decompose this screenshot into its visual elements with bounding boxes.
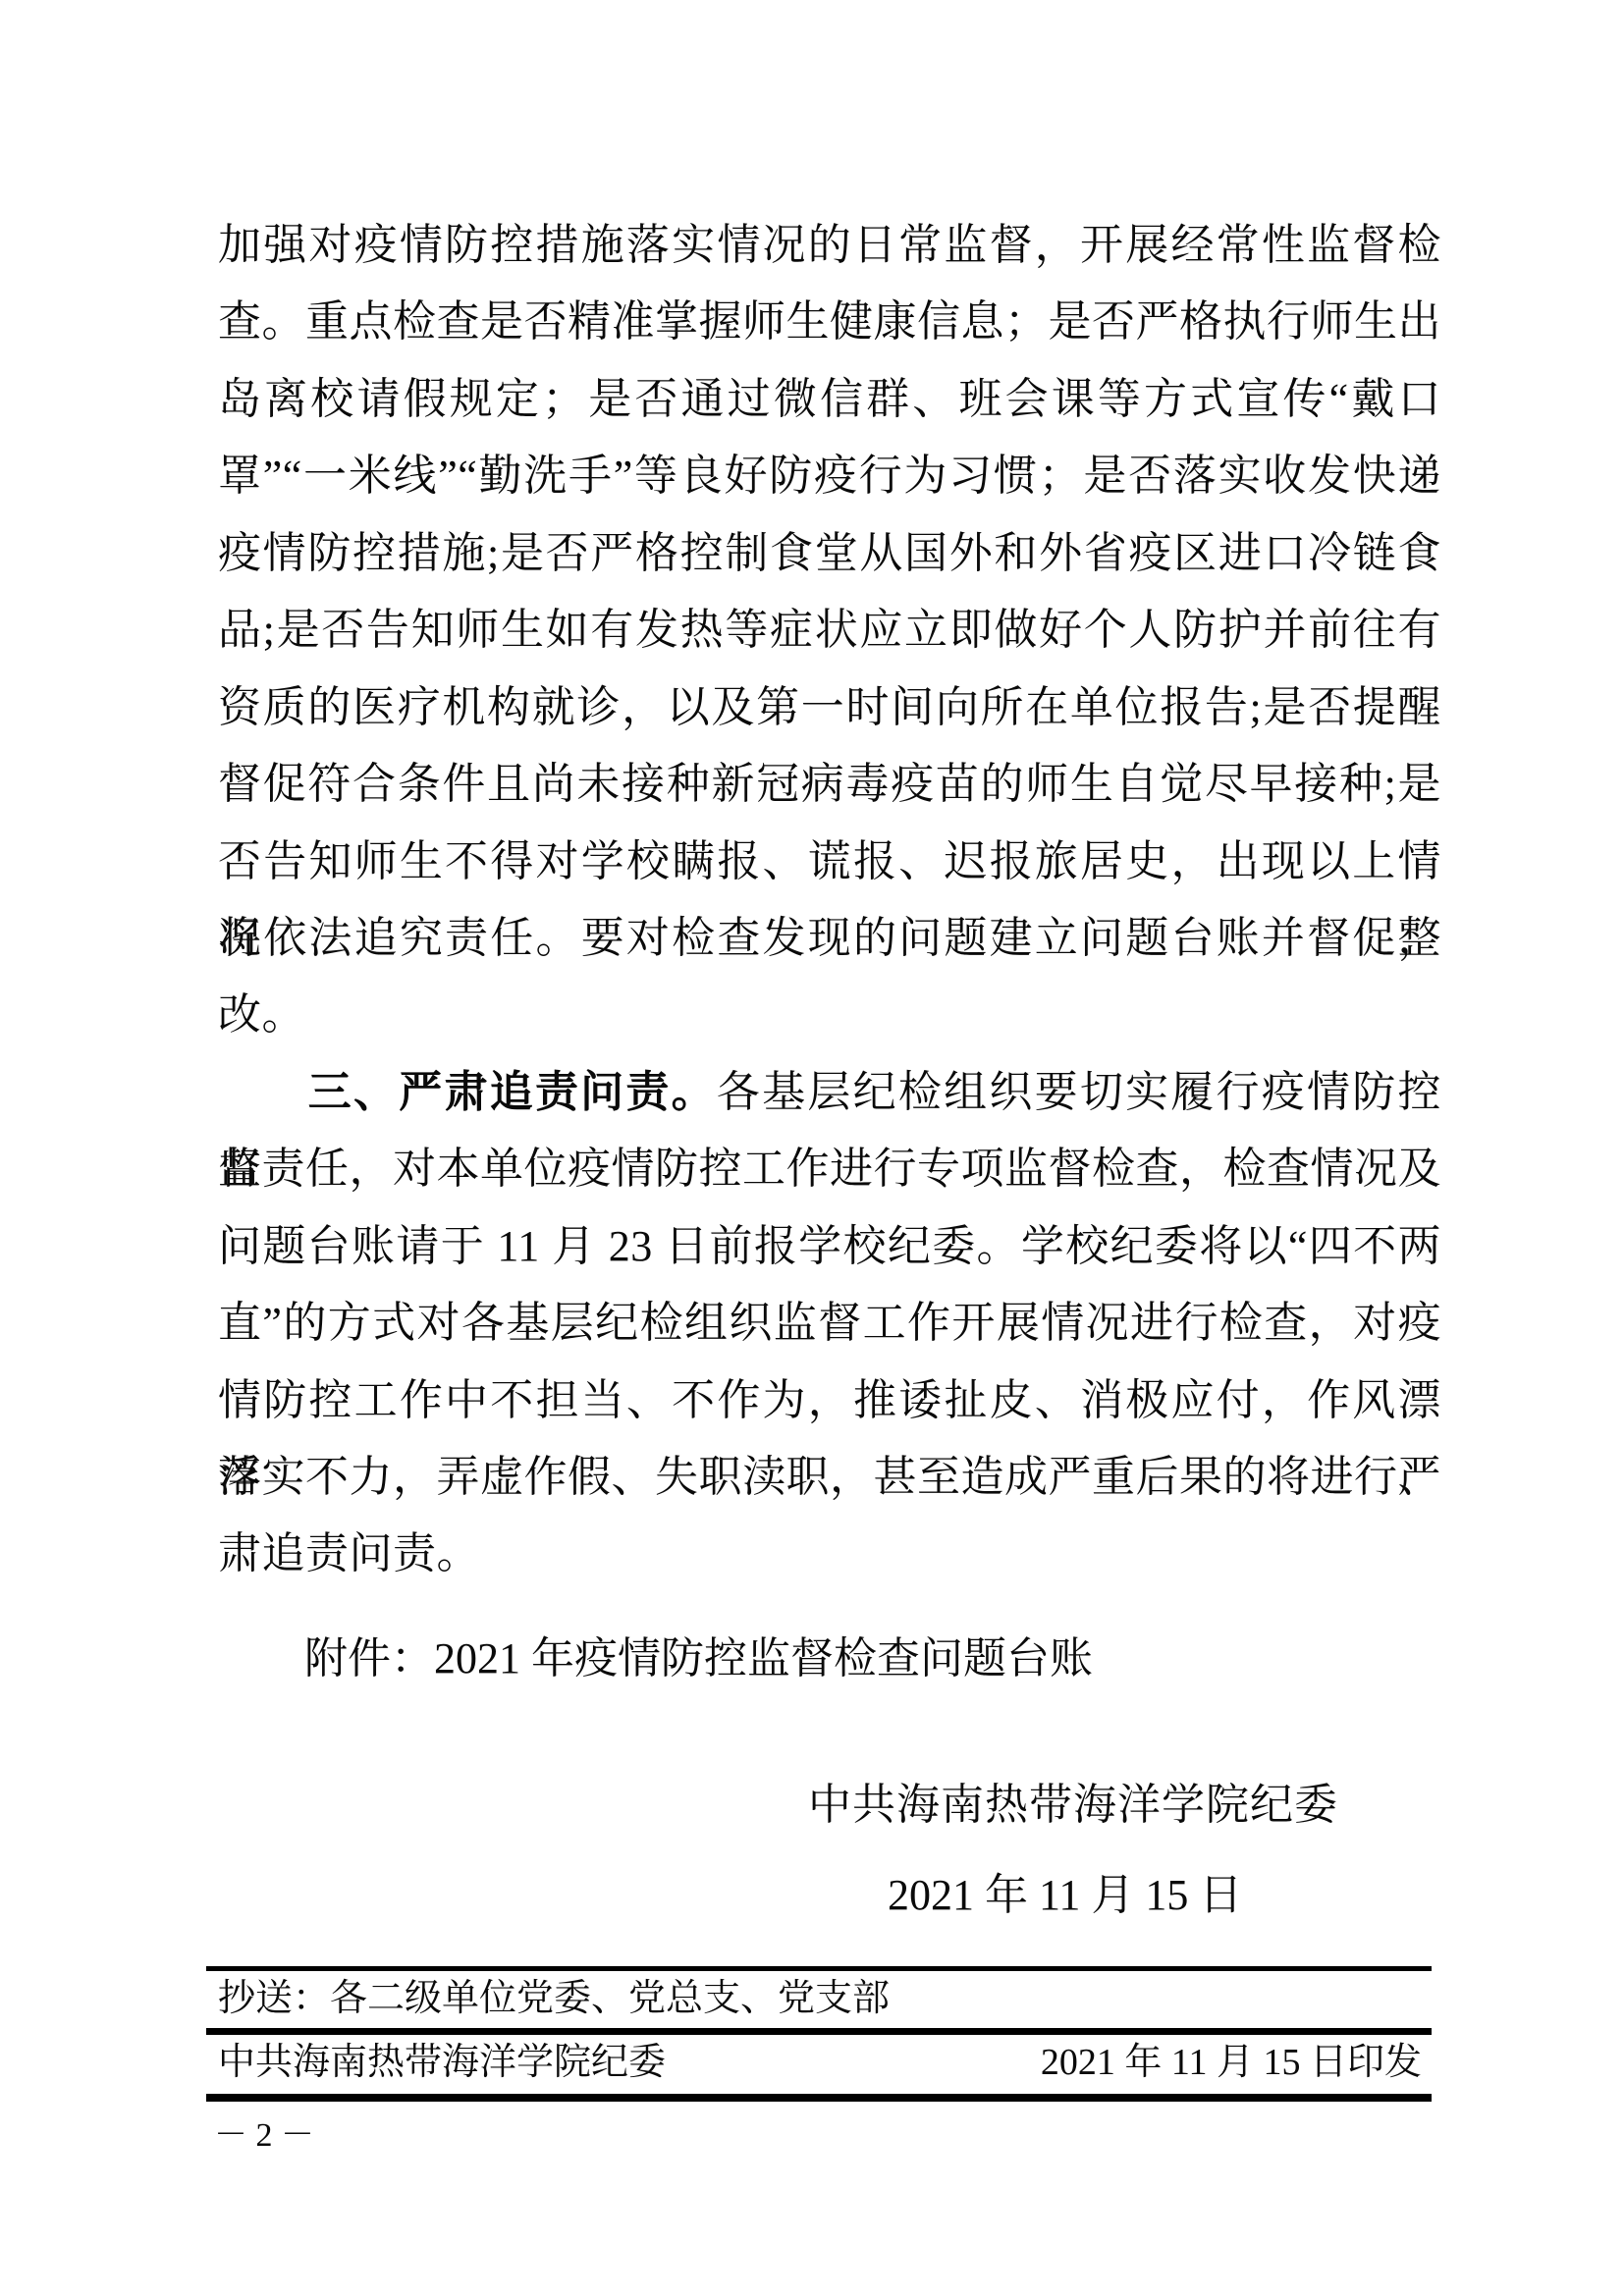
- body-line: 查。重点检查是否精准掌握师生健康信息；是否严格执行师生出: [218, 284, 1441, 360]
- issue-line: 中共海南热带海洋学院纪委 2021 年 11 月 15 日印发: [218, 2038, 1422, 2087]
- body-line: 问题台账请于 11 月 23 日前报学校纪委。学校纪委将以“四不两: [218, 1208, 1441, 1285]
- print-date: 2021 年 11 月 15 日印发: [1041, 2038, 1422, 2087]
- body-line: 直”的方式对各基层纪检组织监督工作开展情况进行检查，对疫: [218, 1285, 1441, 1362]
- signature-organization: 中共海南热带海洋学院纪委: [808, 1767, 1338, 1843]
- document-page: 加强对疫情防控措施落实情况的日常监督，开展经常性监督检 查。重点检查是否精准掌握…: [0, 0, 1624, 2296]
- body-line-section-heading: 三、严肃追责问责。各基层纪检组织要切实履行疫情防控监: [218, 1054, 1441, 1131]
- body-line: 将依法追究责任。要对检查发现的问题建立问题台账并督促整: [218, 900, 1441, 977]
- body-line: 情防控工作中不担当、不作为，推诿扯皮、消极应付，作风漂浮、: [218, 1362, 1441, 1439]
- page-number: － 2 －: [214, 2111, 314, 2161]
- signature-date: 2021 年 11 月 15 日: [888, 1857, 1242, 1934]
- body-line: 督责任，对本单位疫情防控工作进行专项监督检查，检查情况及: [218, 1131, 1441, 1207]
- footer-rule-middle: [206, 2028, 1432, 2035]
- body-line: 资质的医疗机构就诊，以及第一时间向所在单位报告;是否提醒: [218, 669, 1441, 746]
- body-line: 疫情防控措施;是否严格控制食堂从国外和外省疫区进口冷链食: [218, 515, 1441, 592]
- body-line: 改。: [218, 977, 1441, 1053]
- body-line: 落实不力，弄虚作假、失职渎职，甚至造成严重后果的将进行严: [218, 1439, 1441, 1516]
- body-line: 罩”“一米线”“勤洗手”等良好防疫行为习惯；是否落实收发快递: [218, 438, 1441, 514]
- body-line: 岛离校请假规定；是否通过微信群、班会课等方式宣传“戴口: [218, 361, 1441, 438]
- footer-rule-bottom: [206, 2094, 1432, 2102]
- body-line: 督促符合条件且尚未接种新冠病毒疫苗的师生自觉尽早接种;是: [218, 746, 1441, 823]
- body-line: 否告知师生不得对学校瞒报、谎报、迟报旅居史，出现以上情况，: [218, 824, 1441, 900]
- footer-rule-top: [206, 1966, 1432, 1971]
- body-line: 加强对疫情防控措施落实情况的日常监督，开展经常性监督检: [218, 207, 1441, 284]
- attachment-line: 附件：2021 年疫情防控监督检查问题台账: [304, 1621, 1093, 1697]
- body-line: 品;是否告知师生如有发热等症状应立即做好个人防护并前往有: [218, 592, 1441, 668]
- cc-line: 抄送：各二级单位党委、党总支、党支部: [218, 1974, 890, 2023]
- section-heading: 三、严肃追责问责。: [306, 1068, 717, 1116]
- issuer-name: 中共海南热带海洋学院纪委: [218, 2038, 666, 2087]
- body-line: 肃追责问责。: [218, 1516, 1441, 1592]
- document-body: 加强对疫情防控措施落实情况的日常监督，开展经常性监督检 查。重点检查是否精准掌握…: [218, 207, 1441, 1593]
